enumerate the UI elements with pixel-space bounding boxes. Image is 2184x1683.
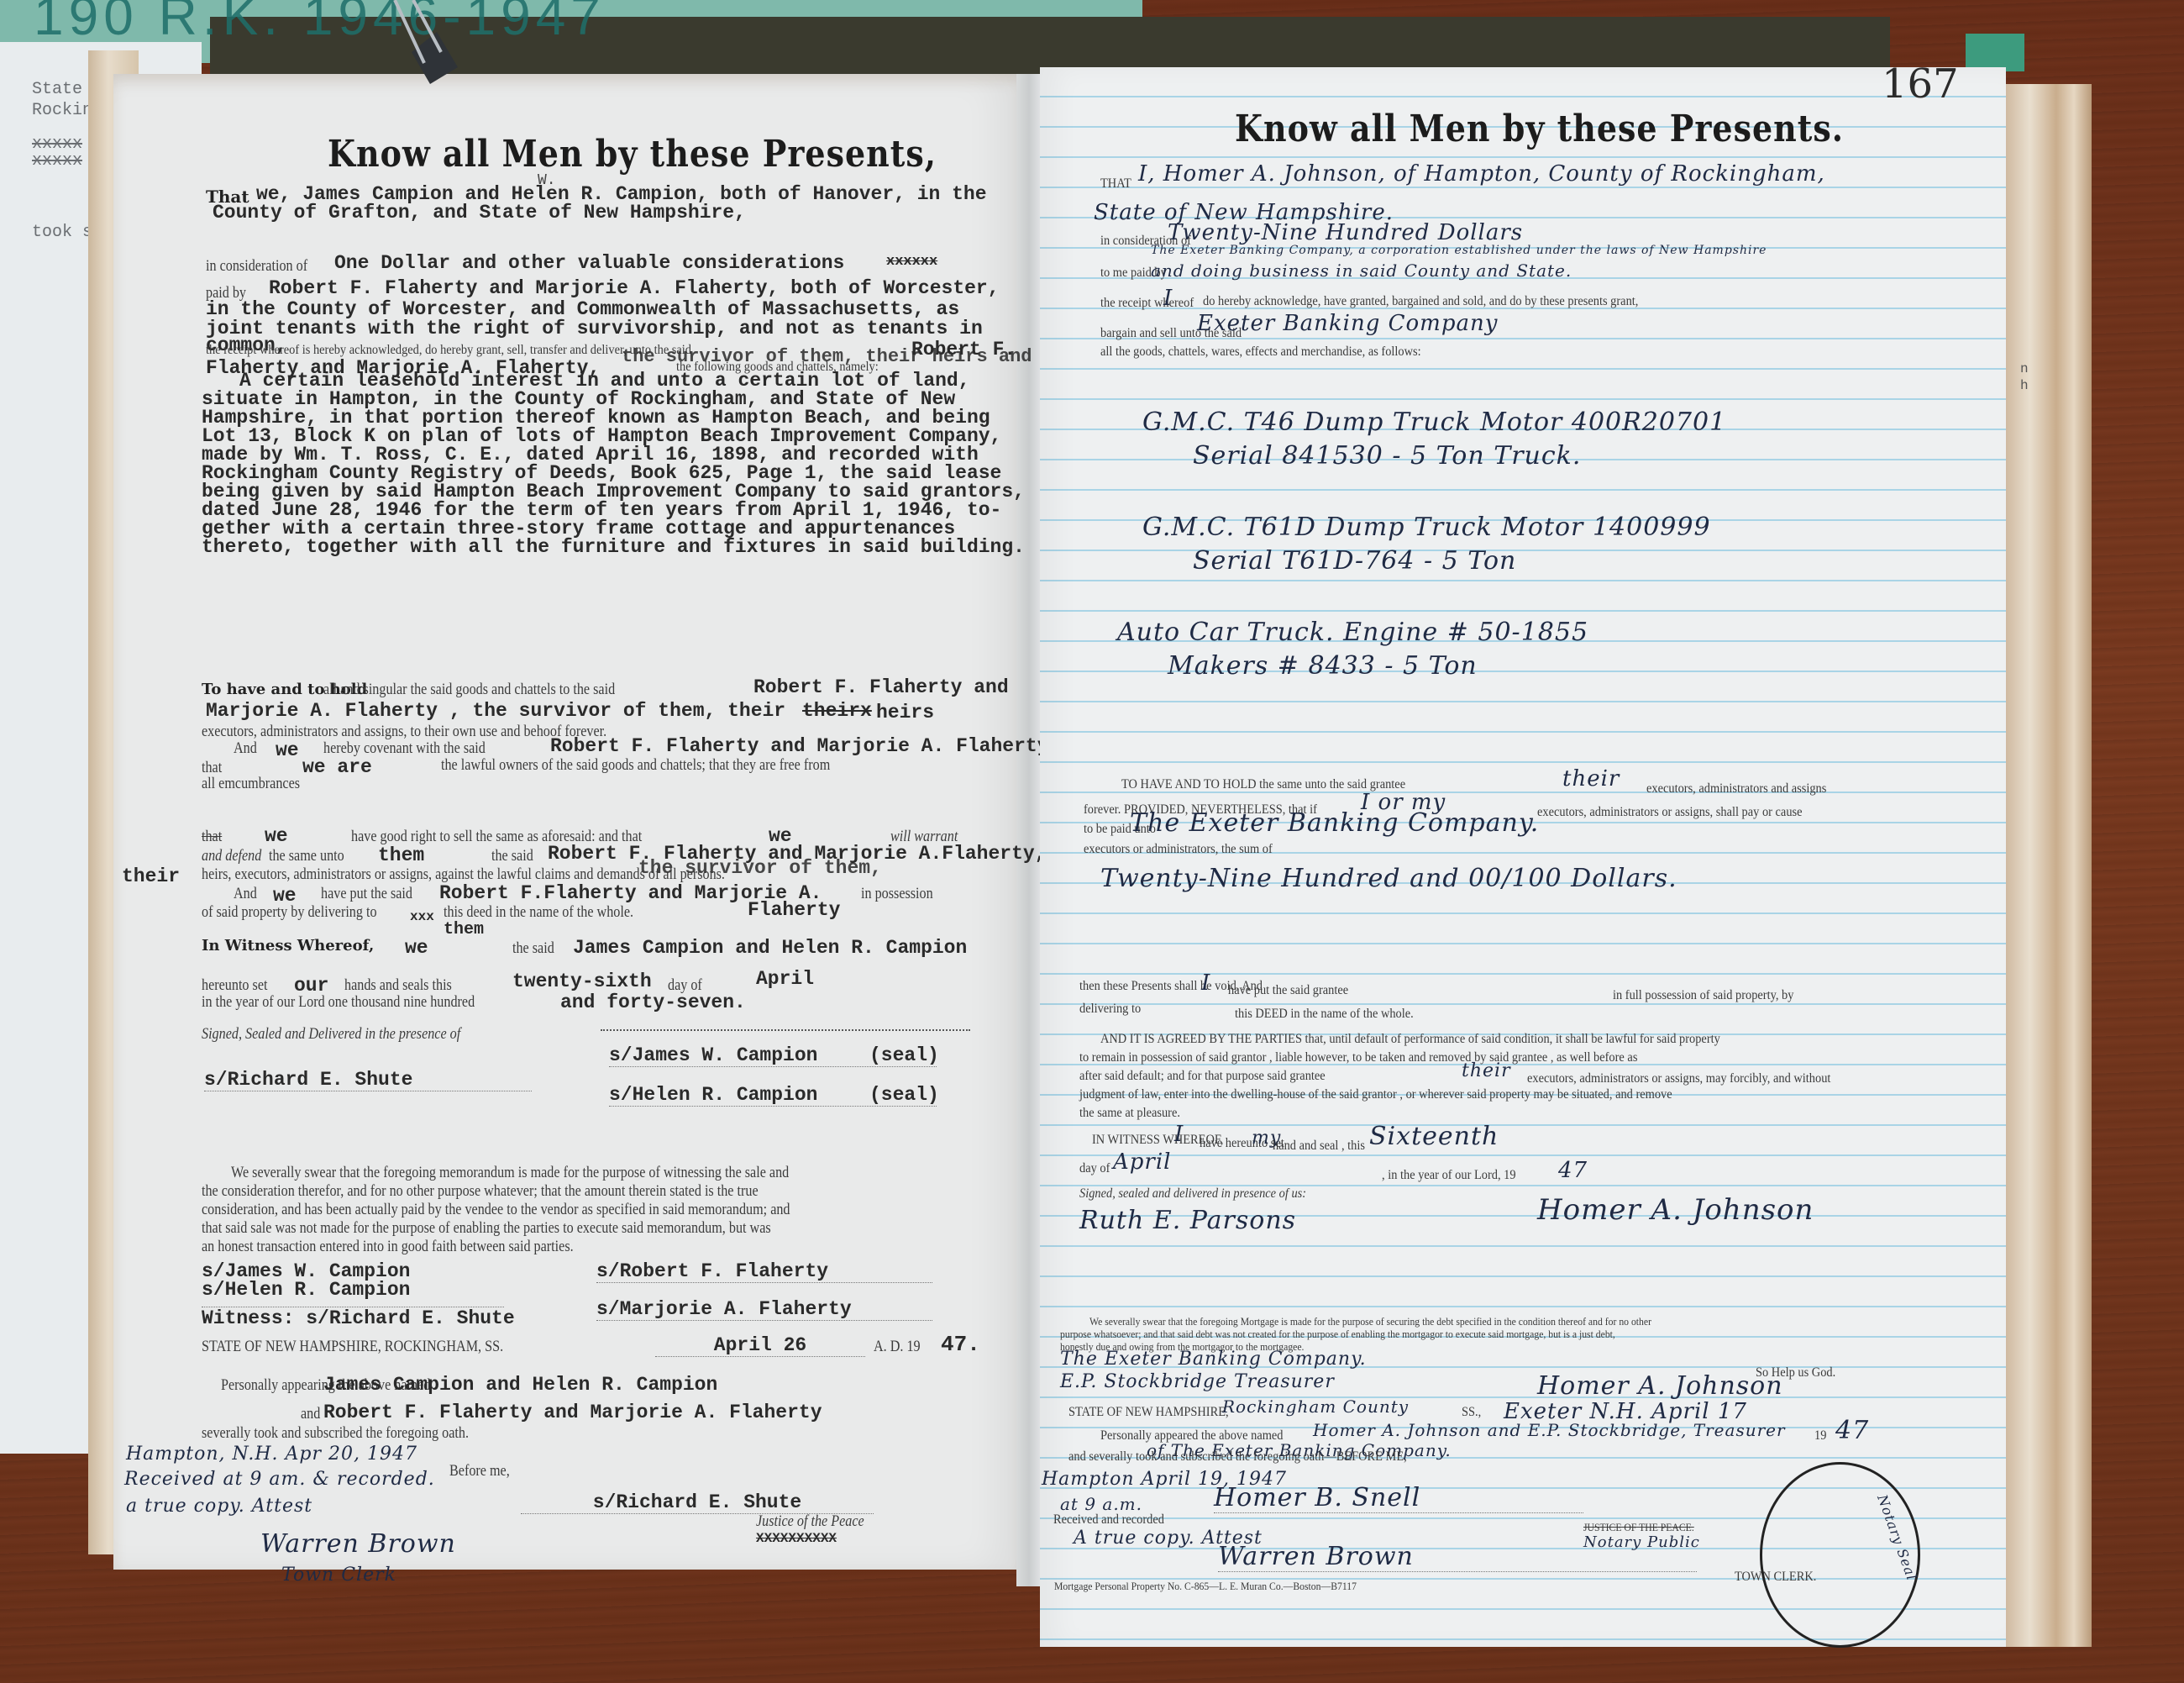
- sum-label: executors or administrators, the sum of: [1084, 842, 1273, 857]
- state-label: STATE OF NEW HAMPSHIRE, ROCKINGHAM, SS.: [202, 1338, 503, 1356]
- goods-label: all the goods, chattels, wares, effects …: [1100, 344, 1421, 360]
- oath-grantor-signature: Homer A. Johnson: [1537, 1371, 1783, 1401]
- under-sheet-line: Rockin: [32, 101, 92, 120]
- covenant-we: we: [276, 739, 299, 761]
- witness-year: and forty-seven.: [560, 991, 746, 1013]
- jp-signature: Homer B. Snell: [1214, 1483, 1583, 1513]
- habendum-strike: theirx: [802, 700, 872, 722]
- witness-heading: In Witness Whereof,: [202, 937, 374, 955]
- binder-clip-icon: [378, 0, 470, 92]
- oath-line: We severally swear that the foregoing me…: [231, 1164, 789, 1182]
- agreed-line: AND IT IS AGREED BY THE PARTIES that, un…: [1100, 1032, 1720, 1047]
- oath-line: that said sale was not made for the purp…: [202, 1219, 771, 1238]
- witness-year: 47: [1558, 1158, 1588, 1183]
- year-label: , in the year of our Lord, 19: [1382, 1168, 1516, 1183]
- jp-strike: XXXXXXXXXX: [756, 1531, 837, 1546]
- witness-hand: hand and seal , this: [1273, 1139, 1365, 1154]
- chattel-item-line: Makers # 8433 - 5 Ton: [1168, 651, 1478, 681]
- receipt-text: do hereby acknowledge, have granted, bar…: [1203, 294, 1638, 309]
- seal-label: (seal): [869, 1084, 939, 1106]
- void-end: in full possession of said property, by: [1613, 988, 1793, 1003]
- defend-text: the same unto: [269, 847, 344, 865]
- appeared-names: Homer A. Johnson and E.P. Stockbridge, T…: [1313, 1420, 1786, 1440]
- habendum-text: all and singular the said goods and chat…: [323, 681, 615, 699]
- receipt-clause: the receipt whereof is hereby acknowledg…: [206, 343, 691, 358]
- hands-seals: hands and seals this: [344, 976, 452, 995]
- consideration-value: One Dollar and other valuable considerat…: [334, 252, 844, 274]
- agreed-line: the same at pleasure.: [1079, 1106, 1180, 1121]
- witness-month: April: [1113, 1149, 1171, 1175]
- put-text: have put the said: [321, 885, 412, 903]
- grantor-signature: Homer A. Johnson: [1537, 1193, 1814, 1227]
- delivering-text: of said property by delivering to: [202, 903, 377, 922]
- witness-the-said: the said: [512, 939, 554, 958]
- treasurer-signature: E.P. Stockbridge Treasurer: [1060, 1371, 1335, 1392]
- appearing-names: James Campion and Helen R. Campion: [323, 1374, 717, 1396]
- habendum-line3: executors, administrators and assigns, t…: [202, 723, 606, 741]
- paid-by-line: and doing business in said County and St…: [1151, 260, 1572, 281]
- right-we: we: [265, 825, 288, 847]
- habendum-end: executors, administrators and assigns: [1646, 781, 1826, 797]
- mortgage-oath-line: We severally swear that the foregoing Mo…: [1089, 1315, 1651, 1328]
- book-right-edge: n h: [2003, 84, 2092, 1647]
- oath-date: April 26: [655, 1334, 865, 1357]
- chattel-item-line: Serial T61D-764 - 5 Ton: [1193, 546, 1516, 576]
- agreed-line: to remain in possession of said grantor …: [1079, 1050, 1637, 1065]
- oath-witness: Witness: s/Richard E. Shute: [202, 1307, 504, 1329]
- agreed-line: after said default; and for that purpose…: [1079, 1069, 1326, 1084]
- edge-letter: n: [2020, 361, 2029, 376]
- seal-label: (seal): [869, 1044, 939, 1066]
- void-mid: have put the said grantee: [1228, 983, 1348, 998]
- recording-note: at 9 a.m.: [1060, 1494, 1142, 1514]
- delivering-rest: this deed in the name of the whole.: [444, 903, 633, 922]
- chattel-item-line: G.M.C. T61D Dump Truck Motor 1400999: [1142, 513, 1711, 542]
- oath-year: 47.: [941, 1332, 980, 1357]
- oath-sig-right: s/Marjorie A. Flaherty: [596, 1298, 932, 1321]
- agreed-line: judgment of law, enter into the dwelling…: [1079, 1087, 1672, 1102]
- book-gutter: [1016, 74, 1042, 1586]
- grantor: I, Homer A. Johnson, of Hampton, County …: [1138, 161, 1825, 187]
- clerk-signature: Warren Brown: [1218, 1542, 1697, 1572]
- habendum-their: their: [1562, 766, 1620, 792]
- company-signature: The Exeter Banking Company.: [1060, 1349, 1367, 1370]
- witness-names: James Campion and Helen R. Campion: [573, 937, 967, 959]
- card-handwriting: 190 R.K. 1946-1947: [34, 0, 606, 47]
- witness-day: Sixteenth: [1369, 1122, 1499, 1151]
- description-line: thereto, together with all the furniture…: [202, 536, 1025, 558]
- covenant-text: hereby covenant with the said: [323, 739, 486, 758]
- delivering-strike: xxx: [410, 909, 434, 924]
- consideration-value: Twenty-Nine Hundred Dollars: [1168, 220, 1523, 245]
- grantors-line2: County of Grafton, and State of New Hamp…: [213, 202, 746, 224]
- witness-signature: Ruth E. Parsons: [1079, 1206, 1296, 1235]
- recording-note: Received at 9 am. & recorded.: [124, 1469, 435, 1490]
- delivering-label: delivering to: [1079, 1002, 1141, 1017]
- defend-the-said: the said: [491, 847, 533, 865]
- under-sheet-line: State: [32, 80, 82, 99]
- covenant-and: And: [234, 739, 257, 758]
- encumbrances: all emcumbrances: [202, 775, 300, 793]
- appearing-names2: Robert F. Flaherty and Marjorie A. Flahe…: [323, 1402, 822, 1423]
- void-I: I: [1201, 970, 1210, 996]
- chattel-item-line: Serial 841530 - 5 Ton Truck.: [1193, 441, 1581, 471]
- oath-year: 47: [1835, 1416, 1869, 1445]
- ss-label: SS.,: [1462, 1405, 1481, 1420]
- grantee: Exeter Banking Company: [1197, 311, 1498, 336]
- took-oath: severally took and subscribed the forego…: [202, 1424, 469, 1443]
- defend: and defend: [202, 847, 261, 865]
- took-label: and severally took and subscribed the fo…: [1068, 1449, 1407, 1465]
- left-page-title: Know all Men by these Presents,: [328, 132, 937, 176]
- receipt-I: I: [1163, 286, 1173, 311]
- them-insert: them: [444, 920, 484, 939]
- jp-signature: s/Richard E. Shute: [521, 1491, 874, 1514]
- possession: in possession: [861, 885, 933, 903]
- chattel-item-line: Auto Car Truck. Engine # 50-1855: [1117, 618, 1588, 647]
- signature-line: [601, 1029, 970, 1031]
- agreed-line3-end: executors, administrators or assigns, ma…: [1527, 1071, 1830, 1086]
- witness-I: I: [1174, 1122, 1184, 1147]
- oath-line: the consideration therefor, and for no o…: [202, 1182, 759, 1201]
- consideration-label: in consideration of: [206, 257, 307, 276]
- oath-line: an honest transaction entered into in go…: [202, 1238, 574, 1256]
- jp-title: JUSTICE OF THE PEACE.: [1583, 1521, 1694, 1534]
- witness-signature: s/Richard E. Shute: [204, 1069, 532, 1091]
- covenant-names: Robert F. Flaherty and Marjorie A. Flahe…: [550, 735, 1049, 757]
- put-names2: Flaherty: [748, 899, 840, 921]
- consideration-strike: xxxxxx: [886, 254, 937, 270]
- green-tab: [1966, 34, 2024, 71]
- recording-note: Hampton, N.H. Apr 20, 1947: [126, 1444, 417, 1465]
- county: Rockingham County: [1222, 1396, 1409, 1417]
- received-label: Received and recorded: [1053, 1512, 1164, 1528]
- delivering-end: this DEED in the name of the whole.: [1235, 1007, 1414, 1022]
- jp-title: Justice of the Peace: [756, 1512, 864, 1531]
- right-page-title: Know all Men by these Presents.: [1235, 107, 1844, 150]
- paid-by-line: The Exeter Banking Company, a corporatio…: [1151, 244, 1767, 257]
- paid-by-line: Robert F. Flaherty and Marjorie A. Flahe…: [269, 277, 1000, 299]
- clerk-signature: Warren Brown: [260, 1529, 456, 1559]
- paid-unto: The Exeter Banking Company.: [1130, 808, 1539, 838]
- chattel-item-line: G.M.C. T46 Dump Truck Motor 400R20701: [1142, 408, 1726, 437]
- owners-text: the lawful owners of the said goods and …: [441, 756, 830, 775]
- sum-value: Twenty-Nine Hundred and 00/100 Dollars.: [1100, 864, 1677, 893]
- witness-we: we: [405, 937, 428, 959]
- habendum-heirs: heirs: [876, 702, 934, 723]
- their-margin: their: [122, 865, 180, 887]
- clerk-title: Town Clerk: [281, 1565, 396, 1586]
- oath-sig-left: s/Helen R. Campion: [202, 1279, 410, 1301]
- signed-label: Signed, Sealed and Delivered in the pres…: [202, 1025, 460, 1044]
- ad-label: A. D. 19: [874, 1338, 921, 1356]
- oath-sig-right: s/Robert F. Flaherty: [596, 1260, 932, 1283]
- edge-letter: h: [2020, 378, 2029, 393]
- right-that: that: [202, 828, 222, 846]
- heirs-text: heirs, executors, administrators or assi…: [202, 865, 725, 884]
- mortgage-oath-line: purpose whatsoever; and that said debt w…: [1060, 1328, 1615, 1341]
- day-of-label: day of: [1079, 1161, 1110, 1176]
- year-prefix: 19: [1814, 1428, 1826, 1444]
- we-are: we are: [302, 756, 372, 778]
- and-label: and: [301, 1405, 320, 1423]
- habendum-names: Robert F. Flaherty and: [753, 676, 1009, 698]
- witness-day: twenty-sixth: [512, 970, 652, 992]
- proviso-end: executors, administrators or assigns, sh…: [1537, 805, 1803, 820]
- receipt-label: the receipt whereof: [1100, 296, 1194, 311]
- state-label: STATE OF NEW HAMPSHIRE,: [1068, 1405, 1229, 1420]
- year-label: in the year of our Lord one thousand nin…: [202, 993, 475, 1012]
- page-number: 167: [1882, 60, 1959, 108]
- form-footer: Mortgage Personal Property No. C-865—L. …: [1054, 1580, 1357, 1593]
- witness-month: April: [756, 968, 814, 990]
- before-me: Before me,: [449, 1462, 510, 1481]
- oath-line: consideration, and has been actually pai…: [202, 1201, 790, 1219]
- that-label: THAT: [1100, 176, 1131, 192]
- put-and: And: [234, 885, 257, 903]
- under-sheet-line: took s: [32, 223, 92, 242]
- under-sheet-line: xxxxx: [32, 151, 82, 171]
- agreed-their: their: [1462, 1060, 1511, 1081]
- paid-by-line: joint tenants with the right of survivor…: [206, 318, 983, 339]
- signed-label: Signed, sealed and delivered in presence…: [1079, 1186, 1306, 1202]
- defend-them: them: [378, 844, 424, 866]
- recording-note: a true copy. Attest: [126, 1496, 312, 1517]
- habendum-names2: Marjorie A. Flaherty , the survivor of t…: [206, 700, 785, 722]
- set-label: hereunto set: [202, 976, 267, 995]
